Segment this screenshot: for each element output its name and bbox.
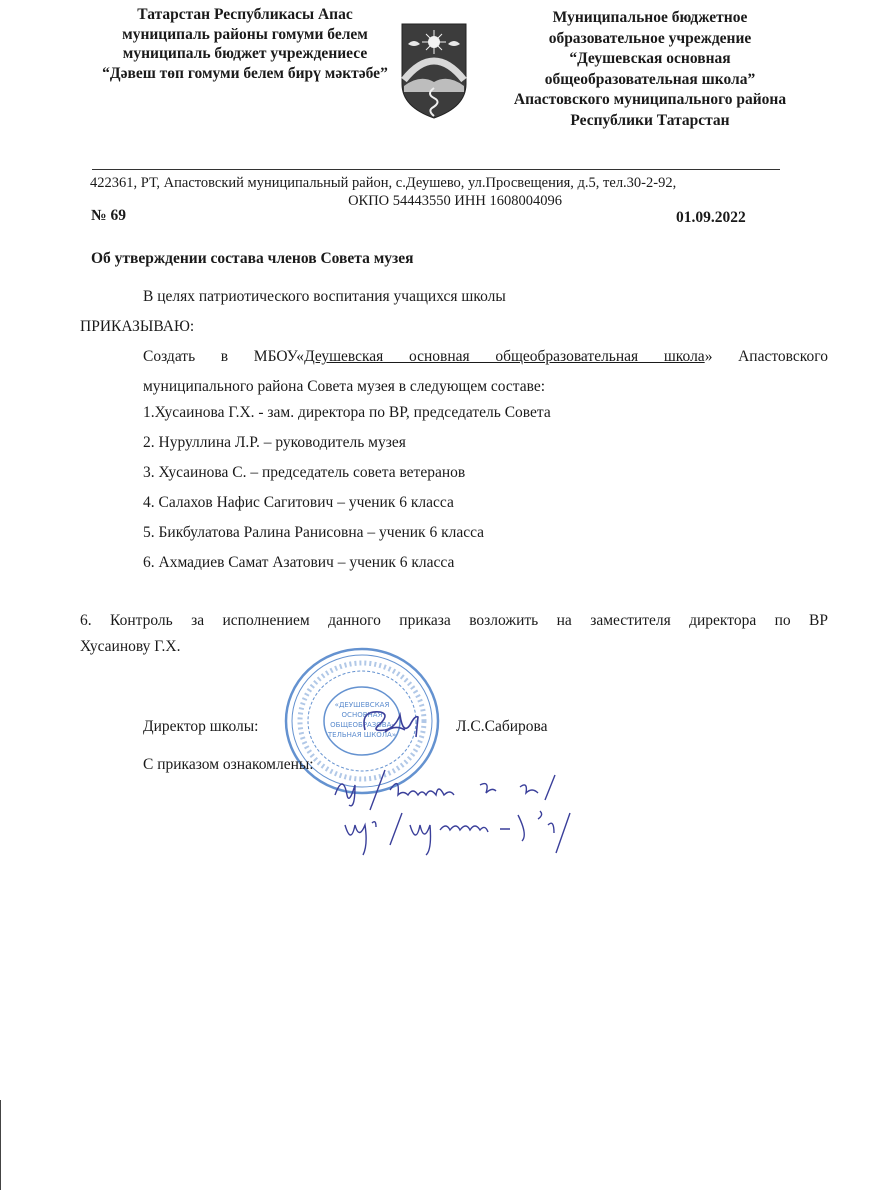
header-left-line: Татарстан Республикасы Апас: [90, 5, 400, 25]
header-left-line: “Дәвеш төп гомуми белем бирү мәктәбе”: [90, 64, 400, 84]
control-clause-line2: Хусаинову Г.Х.: [80, 637, 180, 657]
header-right-line: Муниципальное бюджетное: [480, 8, 820, 29]
header-right-line: общеобразовательная школа”: [480, 70, 820, 91]
school-name: Деушевская основная общеобразовательная …: [304, 348, 705, 365]
list-item: 6. Ахмадиев Самат Азатович – ученик 6 кл…: [143, 553, 551, 583]
handwritten-signature-icon: [340, 805, 690, 860]
control-clause-line1: 6. Контроль за исполнением данного прика…: [80, 611, 828, 631]
acknowledged-label: С приказом ознакомлены:: [143, 755, 314, 775]
header-right-line: “Деушевская основная: [480, 49, 820, 70]
list-item: 3. Хусаинова С. – председатель совета ве…: [143, 463, 551, 493]
order-date: 01.09.2022: [676, 209, 746, 227]
list-item: 5. Бикбулатова Ралина Ранисовна – ученик…: [143, 523, 551, 553]
list-item: 2. Нуруллина Л.Р. – руководитель музея: [143, 433, 551, 463]
address-block: 422361, РТ, Апастовский муниципальный ра…: [90, 174, 780, 210]
scan-edge-line: [0, 1100, 1, 1190]
header-left-line: муниципаль районы гомуми белем: [90, 25, 400, 45]
header-divider: [92, 169, 780, 170]
list-item: 1.Хусаинова Г.Х. - зам. директора по ВР,…: [143, 403, 551, 433]
header-left-line: муниципаль бюджет учреждениесе: [90, 44, 400, 64]
director-label: Директор школы:: [143, 717, 258, 737]
director-name: Л.С.Сабирова: [456, 717, 548, 737]
order-number: № 69: [91, 207, 126, 225]
header-left-tatar: Татарстан Республикасы Апас муниципаль р…: [90, 5, 400, 83]
member-list: 1.Хусаинова Г.Х. - зам. директора по ВР,…: [143, 403, 551, 583]
create-clause-line2: муниципального района Совета музея в сле…: [143, 377, 545, 397]
create-prefix: Создать в МБОУ«: [143, 348, 304, 365]
intro-text: В целях патриотического воспитания учащи…: [143, 287, 506, 307]
create-suffix: » Апастовского: [705, 348, 828, 365]
registration-codes: ОКПО 54443550 ИНН 1608004096: [90, 192, 780, 210]
header-right-line: Апастовского муниципального района: [480, 90, 820, 111]
director-signature-icon: [345, 700, 440, 750]
coat-of-arms-icon: [400, 22, 468, 120]
list-item: 4. Салахов Нафис Сагитович – ученик 6 кл…: [143, 493, 551, 523]
order-subject: Об утверждении состава членов Совета муз…: [91, 250, 414, 268]
header-right-line: образовательное учреждение: [480, 29, 820, 50]
create-clause-line1: Создать в МБОУ«Деушевская основная общео…: [143, 347, 828, 367]
header-right-line: Республики Татарстан: [480, 111, 820, 132]
address-line: 422361, РТ, Апастовский муниципальный ра…: [90, 174, 780, 192]
header-right-russian: Муниципальное бюджетное образовательное …: [480, 8, 820, 131]
order-directive: ПРИКАЗЫВАЮ:: [80, 317, 194, 337]
